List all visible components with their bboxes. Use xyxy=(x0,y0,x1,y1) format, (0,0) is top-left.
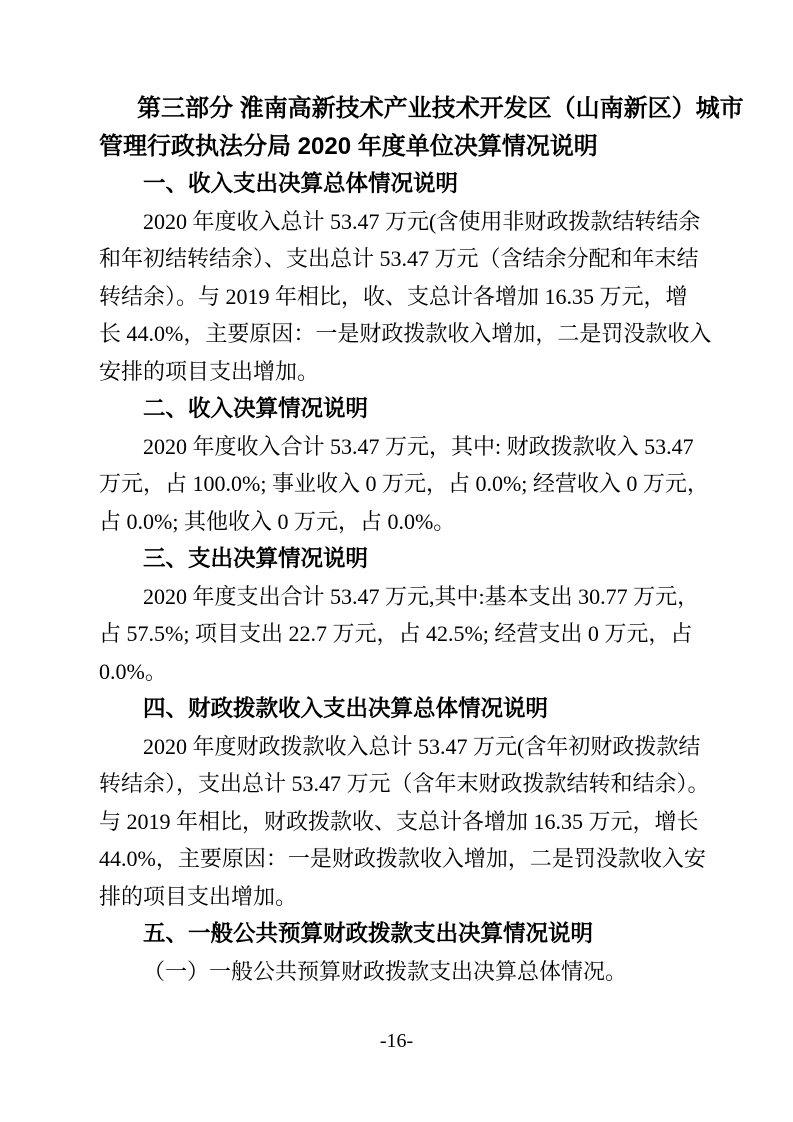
paragraph-line: 2020 年度收入合计 53.47 万元，其中: 财政拨款收入 53.47 xyxy=(99,428,711,466)
paragraph-line: （一）一般公共预算财政拨款支出决算总体情况。 xyxy=(99,953,711,991)
page-number: -16- xyxy=(0,1026,793,1056)
paragraph-line: 2020 年度财政拨款收入总计 53.47 万元(含年初财政拨款结 xyxy=(99,728,711,766)
document-body: 第三部分 淮南高新技术产业技术开发区（山南新区）城市 管理行政执法分局 2020… xyxy=(99,90,711,990)
section-heading-2: 二、收入决算情况说明 xyxy=(99,390,711,428)
document-page: 第三部分 淮南高新技术产业技术开发区（山南新区）城市 管理行政执法分局 2020… xyxy=(0,0,793,1122)
paragraph-line: 安排的项目支出增加。 xyxy=(99,353,711,391)
paragraph-line: 排的项目支出增加。 xyxy=(99,878,711,916)
paragraph-line: 万元，占 100.0%; 事业收入 0 万元，占 0.0%; 经营收入 0 万元… xyxy=(99,465,711,503)
section-heading-4: 四、财政拨款收入支出决算总体情况说明 xyxy=(99,690,711,728)
paragraph-line: 0.0%。 xyxy=(99,653,711,691)
title-line-2: 管理行政执法分局 2020 年度单位决算情况说明 xyxy=(99,128,711,166)
paragraph-line: 2020 年度收入总计 53.47 万元(含使用非财政拨款结转结余 xyxy=(99,203,711,241)
section-heading-3: 三、支出决算情况说明 xyxy=(99,540,711,578)
section-heading-1: 一、收入支出决算总体情况说明 xyxy=(99,165,711,203)
paragraph-line: 与 2019 年相比，财政拨款收、支总计各增加 16.35 万元，增长 xyxy=(99,803,711,841)
paragraph-line: 转结余）。与 2019 年相比，收、支总计各增加 16.35 万元，增 xyxy=(99,278,711,316)
title-line-1: 第三部分 淮南高新技术产业技术开发区（山南新区）城市 xyxy=(99,90,711,128)
paragraph-line: 2020 年度支出合计 53.47 万元,其中:基本支出 30.77 万元， xyxy=(99,578,711,616)
paragraph-line: 和年初结转结余）、支出总计 53.47 万元（含结余分配和年末结 xyxy=(99,240,711,278)
paragraph-line: 占 0.0%; 其他收入 0 万元，占 0.0%。 xyxy=(99,503,711,541)
paragraph-line: 占 57.5%; 项目支出 22.7 万元，占 42.5%; 经营支出 0 万元… xyxy=(99,615,711,653)
paragraph-line: 长 44.0%，主要原因：一是财政拨款收入增加，二是罚没款收入 xyxy=(99,315,711,353)
paragraph-line: 44.0%，主要原因：一是财政拨款收入增加，二是罚没款收入安 xyxy=(99,840,711,878)
paragraph-line: 转结余），支出总计 53.47 万元（含年末财政拨款结转和结余）。 xyxy=(99,765,711,803)
section-heading-5: 五、一般公共预算财政拨款支出决算情况说明 xyxy=(99,915,711,953)
